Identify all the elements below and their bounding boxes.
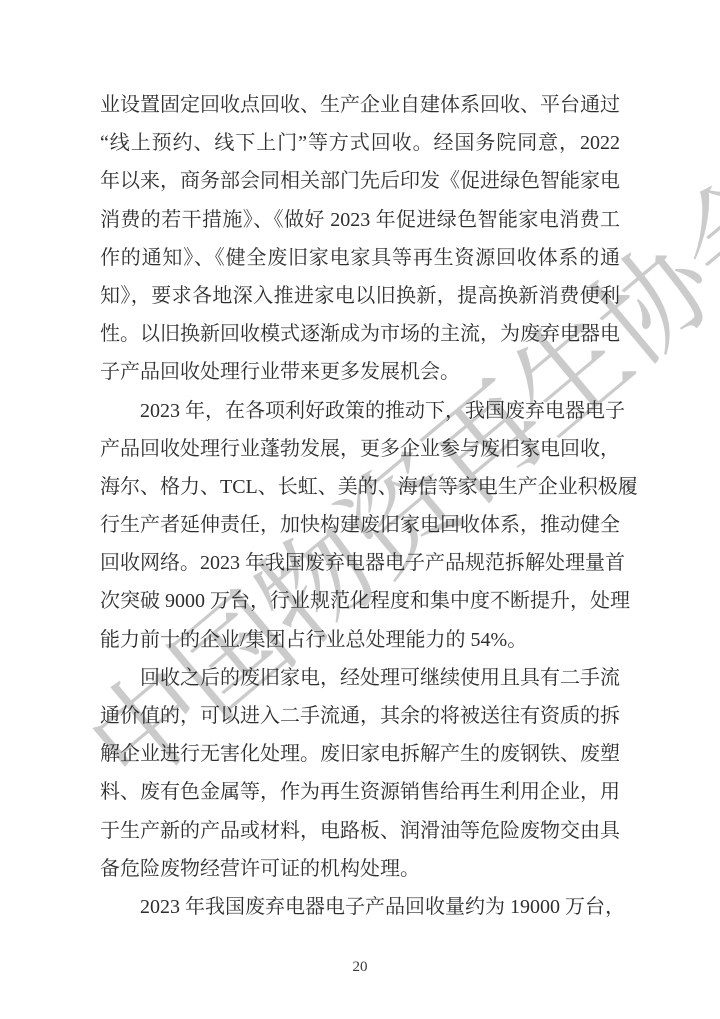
text-line: 业设置固定回收点回收、生产企业自建体系回收、平台通过 bbox=[100, 86, 620, 124]
text-line: 回收之后的废旧家电，经处理可继续使用且具有二手流 bbox=[100, 659, 620, 697]
text-line: 能力前十的企业/集团占行业总处理能力的 54%。 bbox=[100, 621, 620, 659]
document-page: 中国物资再生协会 业设置固定回收点回收、生产企业自建体系回收、平台通过“线上预约… bbox=[0, 0, 720, 1019]
text-line: 年以来，商务部会同相关部门先后印发《促进绿色智能家电 bbox=[100, 162, 620, 200]
text-line: 回收网络。2023 年我国废弃电器电子产品规范拆解处理量首 bbox=[100, 544, 620, 582]
text-line: 消费的若干措施》、《做好 2023 年促进绿色智能家电消费工 bbox=[100, 201, 620, 239]
text-line: 料、废有色金属等，作为再生资源销售给再生利用企业，用 bbox=[100, 773, 620, 811]
page-number: 20 bbox=[0, 957, 720, 977]
text-line: 备危险废物经营许可证的机构处理。 bbox=[100, 850, 620, 888]
text-line: 性。以旧换新回收模式逐渐成为市场的主流，为废弃电器电 bbox=[100, 315, 620, 353]
body-text-block: 业设置固定回收点回收、生产企业自建体系回收、平台通过“线上预约、线下上门”等方式… bbox=[100, 86, 620, 926]
text-line: 行生产者延伸责任，加快构建废旧家电回收体系，推动健全 bbox=[100, 506, 620, 544]
text-line: 于生产新的产品或材料，电路板、润滑油等危险废物交由具 bbox=[100, 812, 620, 850]
text-line: 海尔、格力、TCL、长虹、美的、海信等家电生产企业积极履 bbox=[100, 468, 620, 506]
text-line: 子产品回收处理行业带来更多发展机会。 bbox=[100, 353, 620, 391]
text-line: 通价值的，可以进入二手流通，其余的将被送往有资质的拆 bbox=[100, 697, 620, 735]
text-line: 作的通知》、《健全废旧家电家具等再生资源回收体系的通 bbox=[100, 239, 620, 277]
text-line: 2023 年我国废弃电器电子产品回收量约为 19000 万台， bbox=[100, 888, 620, 926]
text-line: “线上预约、线下上门”等方式回收。经国务院同意，2022 bbox=[100, 124, 620, 162]
text-line: 次突破 9000 万台，行业规范化程度和集中度不断提升，处理 bbox=[100, 582, 620, 620]
text-line: 知》，要求各地深入推进家电以旧换新，提高换新消费便利 bbox=[100, 277, 620, 315]
text-line: 产品回收处理行业蓬勃发展，更多企业参与废旧家电回收， bbox=[100, 430, 620, 468]
text-line: 2023 年，在各项利好政策的推动下，我国废弃电器电子 bbox=[100, 392, 620, 430]
text-line: 解企业进行无害化处理。废旧家电拆解产生的废钢铁、废塑 bbox=[100, 735, 620, 773]
